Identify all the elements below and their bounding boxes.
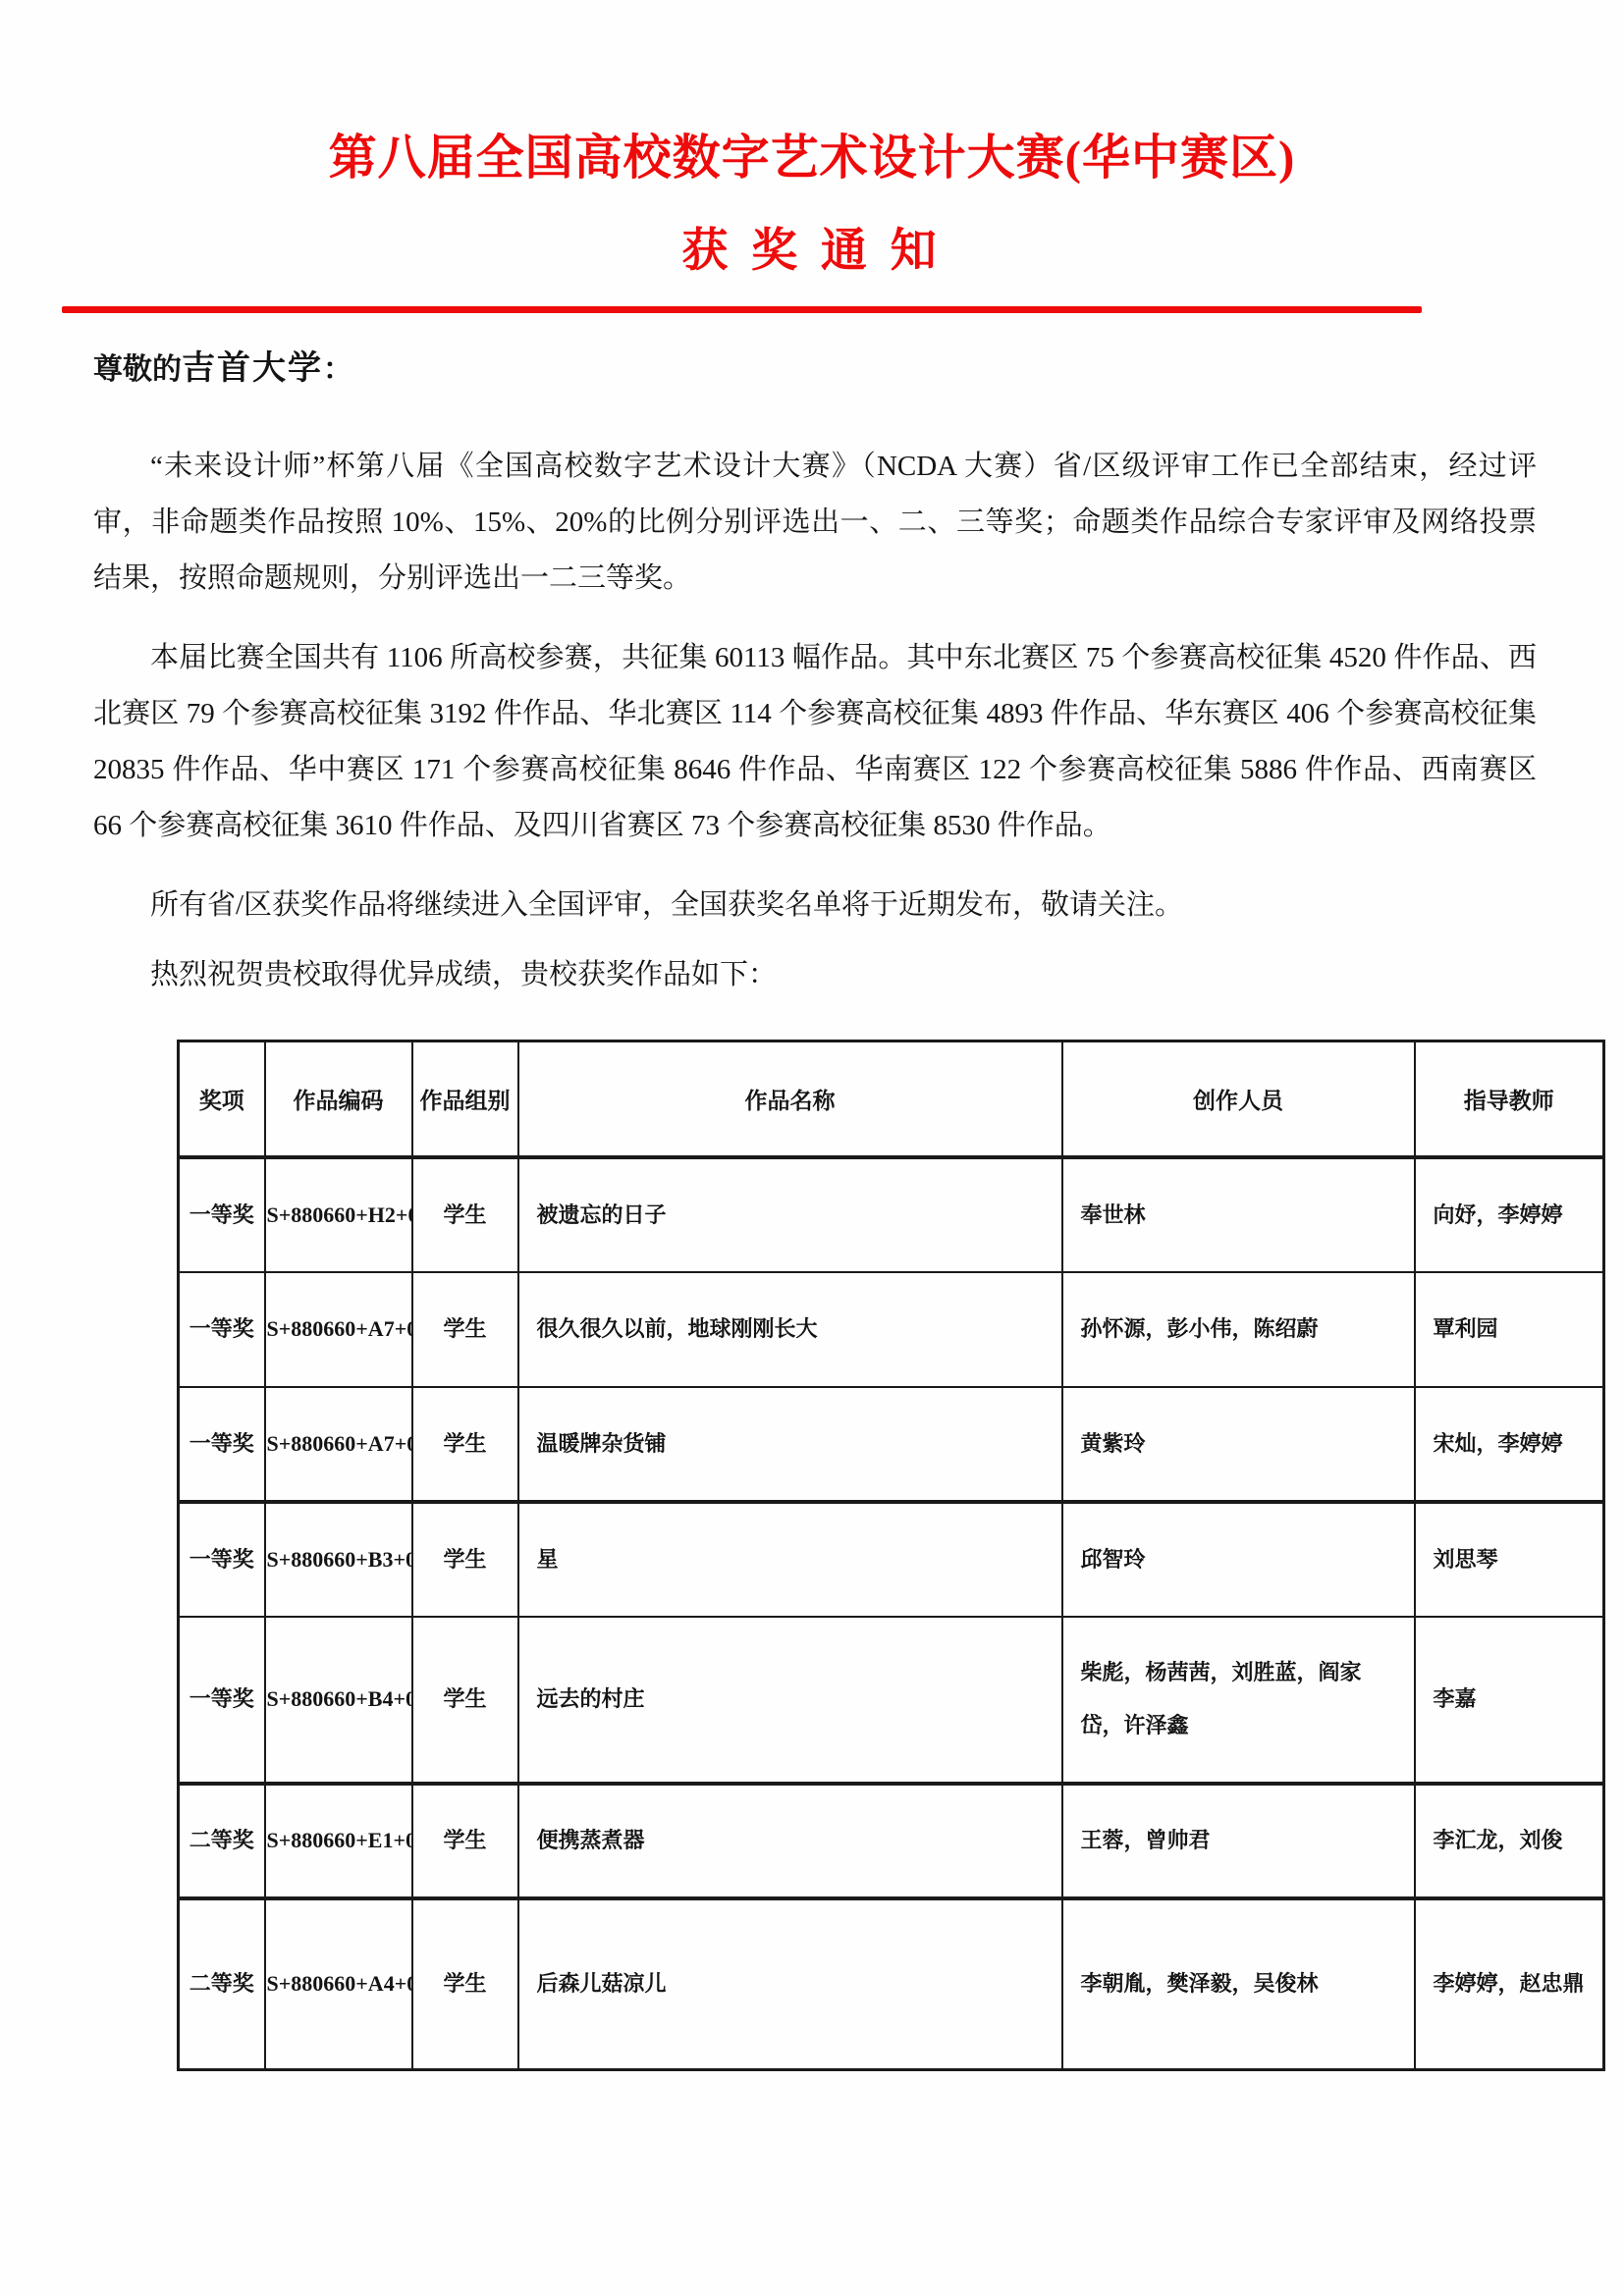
table-cell: 一等奖 (179, 1157, 265, 1272)
greeting-prefix: 尊敬的 (93, 353, 182, 386)
school-name: 吉首大学 (182, 348, 323, 388)
table-cell: 刘思琴 (1415, 1502, 1604, 1617)
document-body: 尊敬的吉首大学： “未来设计师”杯第八届《全国高校数字艺术设计大赛》（NCDA … (93, 347, 1537, 2071)
table-cell: 二等奖 (179, 1898, 265, 2070)
table-cell: S+880660+A7+004 (265, 1387, 412, 1502)
table-cell: S+880660+B4+007 (265, 1617, 412, 1784)
table-cell: 一等奖 (179, 1617, 265, 1784)
table-cell: 向妤，李婷婷 (1415, 1157, 1604, 1272)
table-cell: 后森儿菇凉儿 (518, 1898, 1062, 2070)
table-cell: S+880660+A4+001 (265, 1898, 412, 2070)
document-page: 第八届全国高校数字艺术设计大赛(华中赛区) 获 奖 通 知 尊敬的吉首大学： “… (0, 0, 1624, 2296)
table-header-cell: 作品组别 (412, 1041, 518, 1157)
paragraph-review-result: “未来设计师”杯第八届《全国高校数字艺术设计大赛》（NCDA 大赛）省/区级评审… (93, 439, 1537, 607)
table-cell: 便携蒸煮器 (518, 1784, 1062, 1898)
table-cell: 孙怀源，彭小伟，陈绍蔚 (1062, 1272, 1415, 1387)
title-divider-rule (62, 306, 1422, 313)
table-header-cell: 指导教师 (1415, 1041, 1604, 1157)
table-cell: 学生 (412, 1502, 518, 1617)
table-header-cell: 作品编码 (265, 1041, 412, 1157)
paragraph-national-review: 所有省/区获奖作品将继续进入全国评审，全国获奖名单将于近期发布，敬请关注。 (93, 878, 1537, 934)
table-cell: S+880660+H2+002 (265, 1157, 412, 1272)
table-row: 一等奖S+880660+H2+002学生被遗忘的日子奉世林向妤，李婷婷 (179, 1157, 1604, 1272)
table-cell: 黄紫玲 (1062, 1387, 1415, 1502)
table-header-cell: 奖项 (179, 1041, 265, 1157)
table-cell: 一等奖 (179, 1502, 265, 1617)
table-cell: 二等奖 (179, 1784, 265, 1898)
table-cell: 奉世林 (1062, 1157, 1415, 1272)
paragraph-congratulations: 热烈祝贺贵校取得优异成绩，贵校获奖作品如下： (93, 947, 1537, 1003)
table-cell: 很久很久以前，地球刚刚长大 (518, 1272, 1062, 1387)
table-cell: S+880660+B3+003 (265, 1502, 412, 1617)
paragraph-statistics: 本届比赛全国共有 1106 所高校参赛，共征集 60113 幅作品。其中东北赛区… (93, 630, 1537, 854)
greeting-colon: ： (323, 353, 352, 386)
table-cell: 李婷婷，赵忠鼎 (1415, 1898, 1604, 2070)
table-header-row: 奖项作品编码作品组别作品名称创作人员指导教师 (179, 1041, 1604, 1157)
table-row: 二等奖S+880660+E1+001学生便携蒸煮器王蓉，曾帅君李汇龙，刘俊 (179, 1784, 1604, 1898)
table-cell: 李嘉 (1415, 1617, 1604, 1784)
doc-title-line2: 获 奖 通 知 (0, 220, 1624, 283)
table-body: 一等奖S+880660+H2+002学生被遗忘的日子奉世林向妤，李婷婷一等奖S+… (179, 1157, 1604, 2070)
table-cell: 被遗忘的日子 (518, 1157, 1062, 1272)
table-cell: 学生 (412, 1157, 518, 1272)
table-row: 一等奖S+880660+A7+002学生很久很久以前，地球刚刚长大孙怀源，彭小伟… (179, 1272, 1604, 1387)
table-cell: 李朝胤，樊泽毅，吴俊林 (1062, 1898, 1415, 2070)
table-cell: 星 (518, 1502, 1062, 1617)
table-header-cell: 作品名称 (518, 1041, 1062, 1157)
table-cell: 学生 (412, 1784, 518, 1898)
table-cell: 学生 (412, 1617, 518, 1784)
greeting-line: 尊敬的吉首大学： (93, 347, 1537, 392)
table-row: 二等奖S+880660+A4+001学生后森儿菇凉儿李朝胤，樊泽毅，吴俊林李婷婷… (179, 1898, 1604, 2070)
table-cell: 李汇龙，刘俊 (1415, 1784, 1604, 1898)
table-cell: 温暖牌杂货铺 (518, 1387, 1062, 1502)
table-cell: 一等奖 (179, 1272, 265, 1387)
paragraphs: “未来设计师”杯第八届《全国高校数字艺术设计大赛》（NCDA 大赛）省/区级评审… (93, 439, 1537, 1003)
doc-title-line1: 第八届全国高校数字艺术设计大赛(华中赛区) (0, 126, 1624, 190)
table-cell: S+880660+A7+002 (265, 1272, 412, 1387)
table-cell: 学生 (412, 1272, 518, 1387)
table-header-cell: 创作人员 (1062, 1041, 1415, 1157)
table-cell: 远去的村庄 (518, 1617, 1062, 1784)
table-cell: 王蓉，曾帅君 (1062, 1784, 1415, 1898)
table-cell: 邱智玲 (1062, 1502, 1415, 1617)
table-row: 一等奖S+880660+A7+004学生温暖牌杂货铺黄紫玲宋灿，李婷婷 (179, 1387, 1604, 1502)
table-cell: 学生 (412, 1898, 518, 2070)
table-cell: 柴彪，杨茜茜，刘胜蓝，阎家岱，许泽鑫 (1062, 1617, 1415, 1784)
table-cell: 覃利园 (1415, 1272, 1604, 1387)
table-cell: 一等奖 (179, 1387, 265, 1502)
table-cell: 宋灿，李婷婷 (1415, 1387, 1604, 1502)
table-cell: 学生 (412, 1387, 518, 1502)
table-row: 一等奖S+880660+B3+003学生星邱智玲刘思琴 (179, 1502, 1604, 1617)
table-row: 一等奖S+880660+B4+007学生远去的村庄柴彪，杨茜茜，刘胜蓝，阎家岱，… (179, 1617, 1604, 1784)
table-cell: S+880660+E1+001 (265, 1784, 412, 1898)
awards-table: 奖项作品编码作品组别作品名称创作人员指导教师 一等奖S+880660+H2+00… (177, 1040, 1605, 2071)
